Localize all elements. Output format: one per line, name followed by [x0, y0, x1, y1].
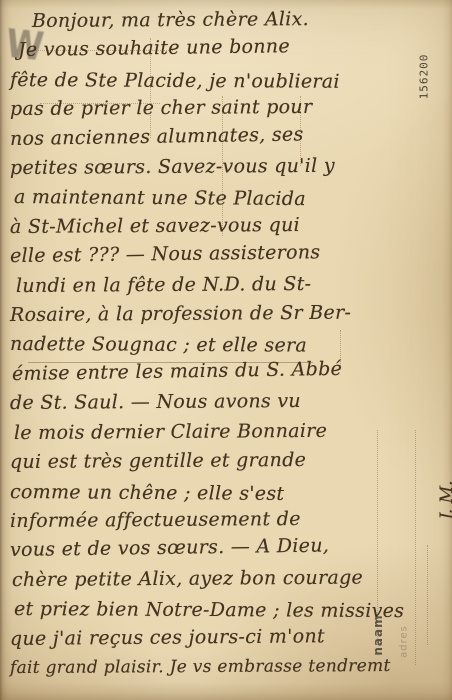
handwriting-line: le mois dernier Claire Bonnaire — [14, 416, 452, 449]
handwriting-line: lundi en la fête de N.D. du St- — [16, 269, 452, 302]
handwriting-line: Rosaire, à la profession de Sr Ber- — [10, 298, 452, 331]
handwriting-line: vous et de vos sœurs. — A Dieu, — [10, 530, 452, 566]
handwriting-line: petites sœurs. Savez-vous qu'il y — [10, 151, 452, 184]
handwriting-line: émise entre les mains du S. Abbé — [12, 353, 452, 389]
handwriting-line: elle est ??? — Nous assisterons — [10, 237, 452, 272]
handwriting-line: chère petite Alix, ayez bon courage — [12, 563, 452, 596]
handwriting-line: de St. Saul. — Nous avons vu — [10, 386, 452, 419]
handwriting-line: qui est très gentille et grande — [10, 445, 452, 478]
postcard-back: W 156200 naam adres J. M. Bonjour, ma tr… — [0, 0, 452, 700]
handwritten-letter: Bonjour, ma très chère Alix. Je vous sou… — [0, 0, 452, 683]
handwriting-line: fait grand plaisir. Je vs embrasse tendr… — [10, 652, 452, 684]
handwriting-line: que j'ai reçus ces jours-ci m'ont — [10, 621, 452, 654]
handwriting-line: Je vous souhaite une bonne — [18, 30, 452, 66]
handwriting-line: nos anciennes alumnates, ses — [10, 118, 452, 155]
